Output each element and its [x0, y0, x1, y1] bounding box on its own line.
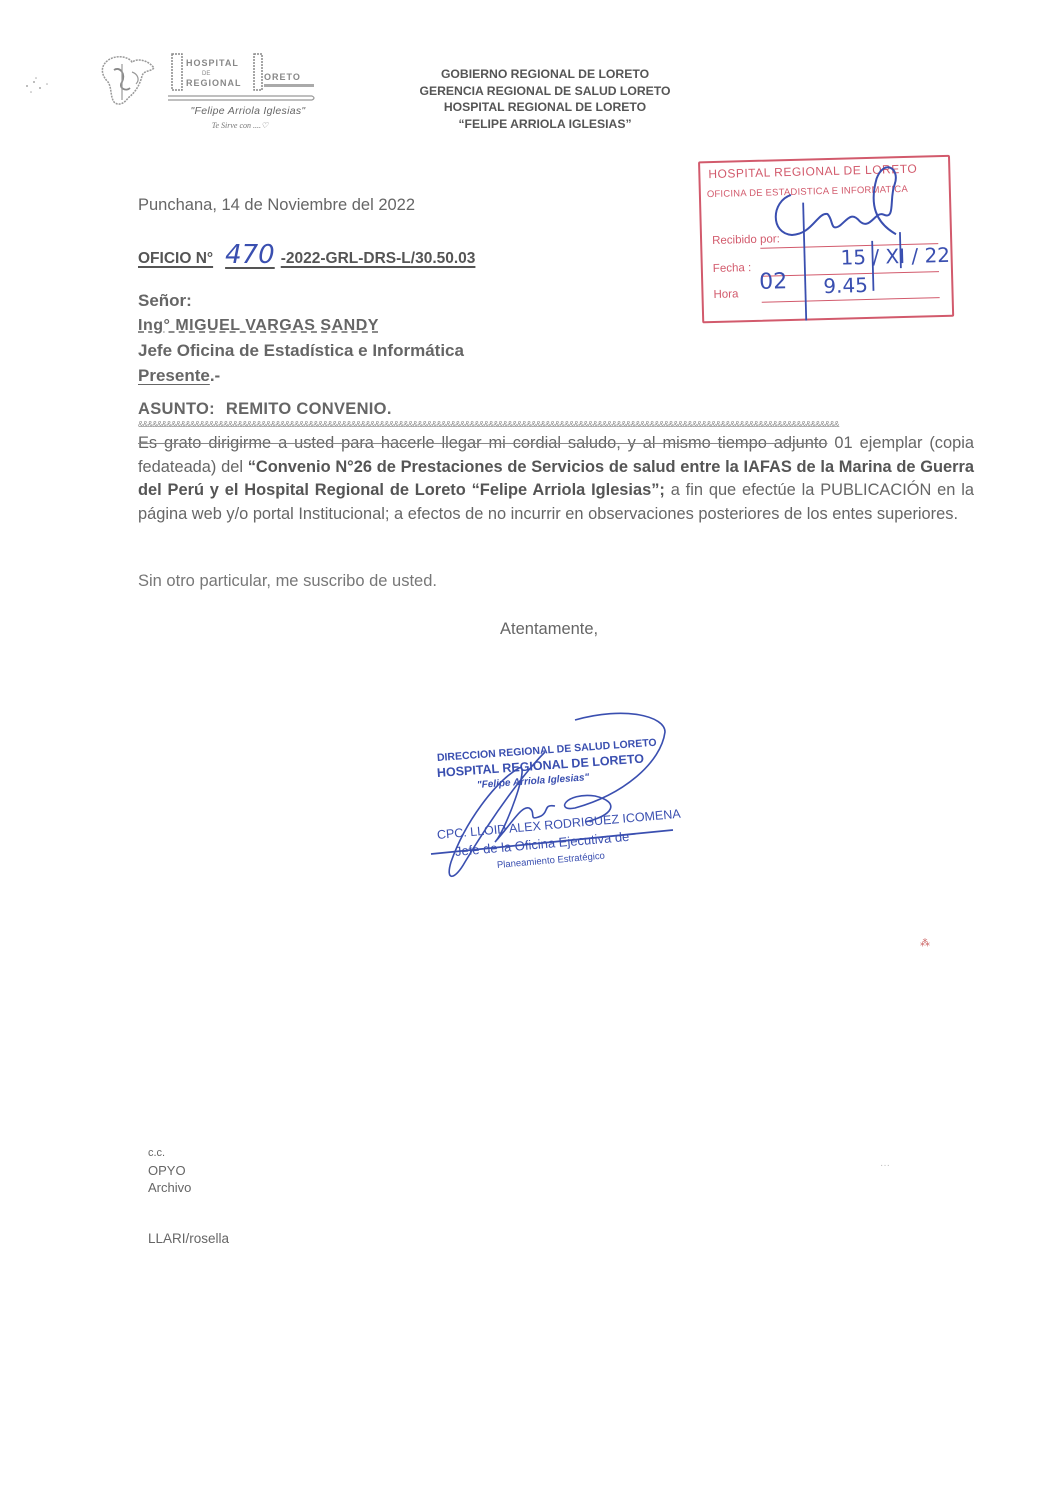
oficio-prefix: OFICIO N°: [138, 250, 213, 267]
cc-label: c.c.: [148, 1145, 191, 1162]
regards: Atentamente,: [500, 620, 598, 639]
letterhead: GOBIERNO REGIONAL DE LORETO GERENCIA REG…: [380, 66, 710, 132]
presente: Presente: [138, 366, 210, 385]
svg-text:HOSPITAL: HOSPITAL: [186, 58, 239, 68]
recipient-block: Señor: Ing° MIGUEL VARGAS SANDY Jefe Ofi…: [138, 288, 464, 388]
subject-value: REMITO CONVENIO.: [226, 400, 392, 418]
letterhead-line: GERENCIA REGIONAL DE SALUD LORETO: [380, 83, 710, 100]
reception-stamp: HOSPITAL REGIONAL DE LORETO OFICINA DE E…: [698, 147, 958, 324]
presente-suffix: .-: [210, 366, 220, 385]
scan-artifact: [22, 72, 62, 102]
oficio-suffix: -2022-GRL-DRS-L/30.50.03: [281, 250, 476, 267]
svg-text:REGIONAL: REGIONAL: [186, 78, 242, 88]
typist-initials: LLARI/rosella: [148, 1231, 229, 1246]
svg-text:ORETO: ORETO: [264, 72, 301, 82]
body-text: Es grato dirigirme a usted para hacerle …: [138, 434, 828, 452]
stamp-date-value: 15 / XI / 22: [840, 243, 950, 270]
hospital-emblem-icon: [92, 52, 164, 110]
closing-line: Sin otro particular, me suscribo de uste…: [138, 572, 437, 591]
hospital-wordmark-logo: HOSPITAL DE REGIONAL ORETO: [168, 52, 316, 108]
stamp-folio: 02: [759, 269, 788, 295]
scan-artifact: ⁂: [920, 938, 930, 949]
oficio-number: 470: [225, 240, 275, 270]
document-reference: OFICIO N°470-2022-GRL-DRS-L/30.50.03: [138, 240, 475, 270]
logo-motto: "Felipe Arriola Iglesias": [178, 105, 318, 117]
letterhead-line: HOSPITAL REGIONAL DE LORETO: [380, 99, 710, 116]
letterhead-line: “FELIPE ARRIOLA IGLESIAS”: [380, 116, 710, 133]
salutation: Señor:: [138, 288, 464, 313]
subject-line: ASUNTO: REMITO CONVENIO.: [138, 400, 392, 419]
scan-artifact: ···: [880, 1160, 890, 1171]
body-paragraph: Es grato dirigirme a usted para hacerle …: [138, 432, 974, 526]
signature-stamp: DIRECCION REGIONAL DE SALUD LORETO HOSPI…: [425, 712, 685, 892]
place-date: Punchana, 14 de Noviembre del 2022: [138, 196, 415, 215]
copies-block: c.c. OPYO Archivo: [148, 1145, 191, 1196]
logo-tagline: Te Sirve con ....♡: [185, 121, 295, 130]
stamp-time-value: 9.45: [823, 273, 868, 298]
cc-item: OPYO: [148, 1162, 191, 1179]
recipient-name: Ing° MIGUEL VARGAS SANDY: [138, 313, 464, 338]
separator-line: &&&&&&&&&&&&&&&&&&&&&&&&&&&&&&&&&&&&&&&&…: [138, 420, 974, 430]
svg-text:DE: DE: [202, 71, 210, 77]
recipient-title: Jefe Oficina de Estadística e Informátic…: [138, 338, 464, 363]
letterhead-line: GOBIERNO REGIONAL DE LORETO: [380, 66, 710, 83]
subject-label: ASUNTO:: [138, 400, 215, 418]
cc-item: Archivo: [148, 1179, 191, 1196]
